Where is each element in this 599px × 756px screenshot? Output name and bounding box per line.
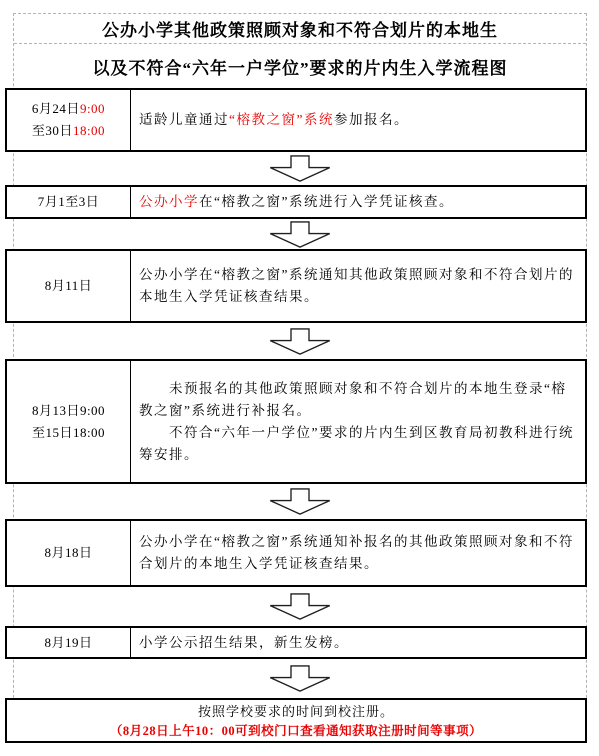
step-4-description-text: 未预报名的其他政策照顾对象和不符合划片的本地生登录“榕教之窗”系统进行补报名。 …: [139, 378, 579, 466]
down-arrow-icon: [268, 328, 332, 355]
down-arrow-icon: [268, 488, 332, 515]
step-row-2: 7月1至3日 公办小学在“榕教之窗”系统进行入学凭证核查。: [5, 185, 587, 219]
step-6-description-text: 小学公示招生结果，新生发榜。: [139, 632, 579, 654]
step-6-description: 小学公示招生结果，新生发榜。: [131, 628, 585, 657]
step-4-date: 8月13日9:00至15日18:00: [7, 361, 131, 482]
final-note-line1: 按照学校要求的时间到校注册。: [7, 702, 585, 722]
step-1-description: 适龄儿童通过“榕教之窗”系统参加报名。: [131, 90, 585, 150]
step-5-date: 8月18日: [7, 521, 131, 585]
step-3-description: 公办小学在“榕教之窗”系统通知其他政策照顾对象和不符合划片的本地生入学凭证核查结…: [131, 251, 585, 321]
step-6-date-text: 8月19日: [44, 632, 92, 654]
step-5-description: 公办小学在“榕教之窗”系统通知补报名的其他政策照顾对象和不符合划片的本地生入学凭…: [131, 521, 585, 585]
step-row-6: 8月19日 小学公示招生结果，新生发榜。: [5, 626, 587, 659]
step-1-date-text: 6月24日9:00至30日18:00: [32, 98, 105, 142]
flow-connector-4: [14, 484, 586, 519]
step-2-description-text: 公办小学在“榕教之窗”系统进行入学凭证核查。: [139, 191, 579, 213]
page-subtitle: 以及不符合“六年一户学位”要求的片内生入学流程图: [14, 44, 586, 88]
step-2-date: 7月1至3日: [7, 187, 131, 217]
step-1-description-text: 适龄儿童通过“榕教之窗”系统参加报名。: [139, 109, 579, 131]
step-5-date-text: 8月18日: [44, 542, 92, 564]
final-note-line2: （8月28日上午10：00可到校门口查看通知获取注册时间等事项）: [7, 722, 585, 741]
flow-connector-6: [14, 659, 586, 698]
step-row-5: 8月18日 公办小学在“榕教之窗”系统通知补报名的其他政策照顾对象和不符合划片的…: [5, 519, 587, 587]
flowchart-table: 公办小学其他政策照顾对象和不符合划片的本地生 以及不符合“六年一户学位”要求的片…: [13, 13, 587, 743]
flow-connector-2: [14, 219, 586, 249]
down-arrow-icon: [268, 593, 332, 620]
step-4-date-text: 8月13日9:00至15日18:00: [32, 400, 105, 444]
down-arrow-icon: [268, 665, 332, 692]
final-note-box: 按照学校要求的时间到校注册。 （8月28日上午10：00可到校门口查看通知获取注…: [5, 698, 587, 743]
step-6-date: 8月19日: [7, 628, 131, 657]
step-1-date: 6月24日9:00至30日18:00: [7, 90, 131, 150]
down-arrow-icon: [268, 155, 332, 182]
step-row-3: 8月11日 公办小学在“榕教之窗”系统通知其他政策照顾对象和不符合划片的本地生入…: [5, 249, 587, 323]
flow-connector-1: [14, 152, 586, 185]
step-row-1: 6月24日9:00至30日18:00 适龄儿童通过“榕教之窗”系统参加报名。: [5, 88, 587, 152]
down-arrow-icon: [268, 221, 332, 248]
step-2-description: 公办小学在“榕教之窗”系统进行入学凭证核查。: [131, 187, 585, 217]
step-3-description-text: 公办小学在“榕教之窗”系统通知其他政策照顾对象和不符合划片的本地生入学凭证核查结…: [139, 264, 579, 308]
step-3-date: 8月11日: [7, 251, 131, 321]
step-5-description-text: 公办小学在“榕教之窗”系统通知补报名的其他政策照顾对象和不符合划片的本地生入学凭…: [139, 531, 579, 575]
step-3-date-text: 8月11日: [45, 275, 93, 297]
page-title: 公办小学其他政策照顾对象和不符合划片的本地生: [14, 14, 586, 44]
step-2-date-text: 7月1至3日: [38, 191, 100, 213]
flow-connector-3: [14, 323, 586, 359]
enrollment-flowchart-page: 公办小学其他政策照顾对象和不符合划片的本地生 以及不符合“六年一户学位”要求的片…: [0, 0, 599, 756]
step-row-4: 8月13日9:00至15日18:00 未预报名的其他政策照顾对象和不符合划片的本…: [5, 359, 587, 484]
flow-connector-5: [14, 587, 586, 626]
step-4-description: 未预报名的其他政策照顾对象和不符合划片的本地生登录“榕教之窗”系统进行补报名。 …: [131, 361, 585, 482]
